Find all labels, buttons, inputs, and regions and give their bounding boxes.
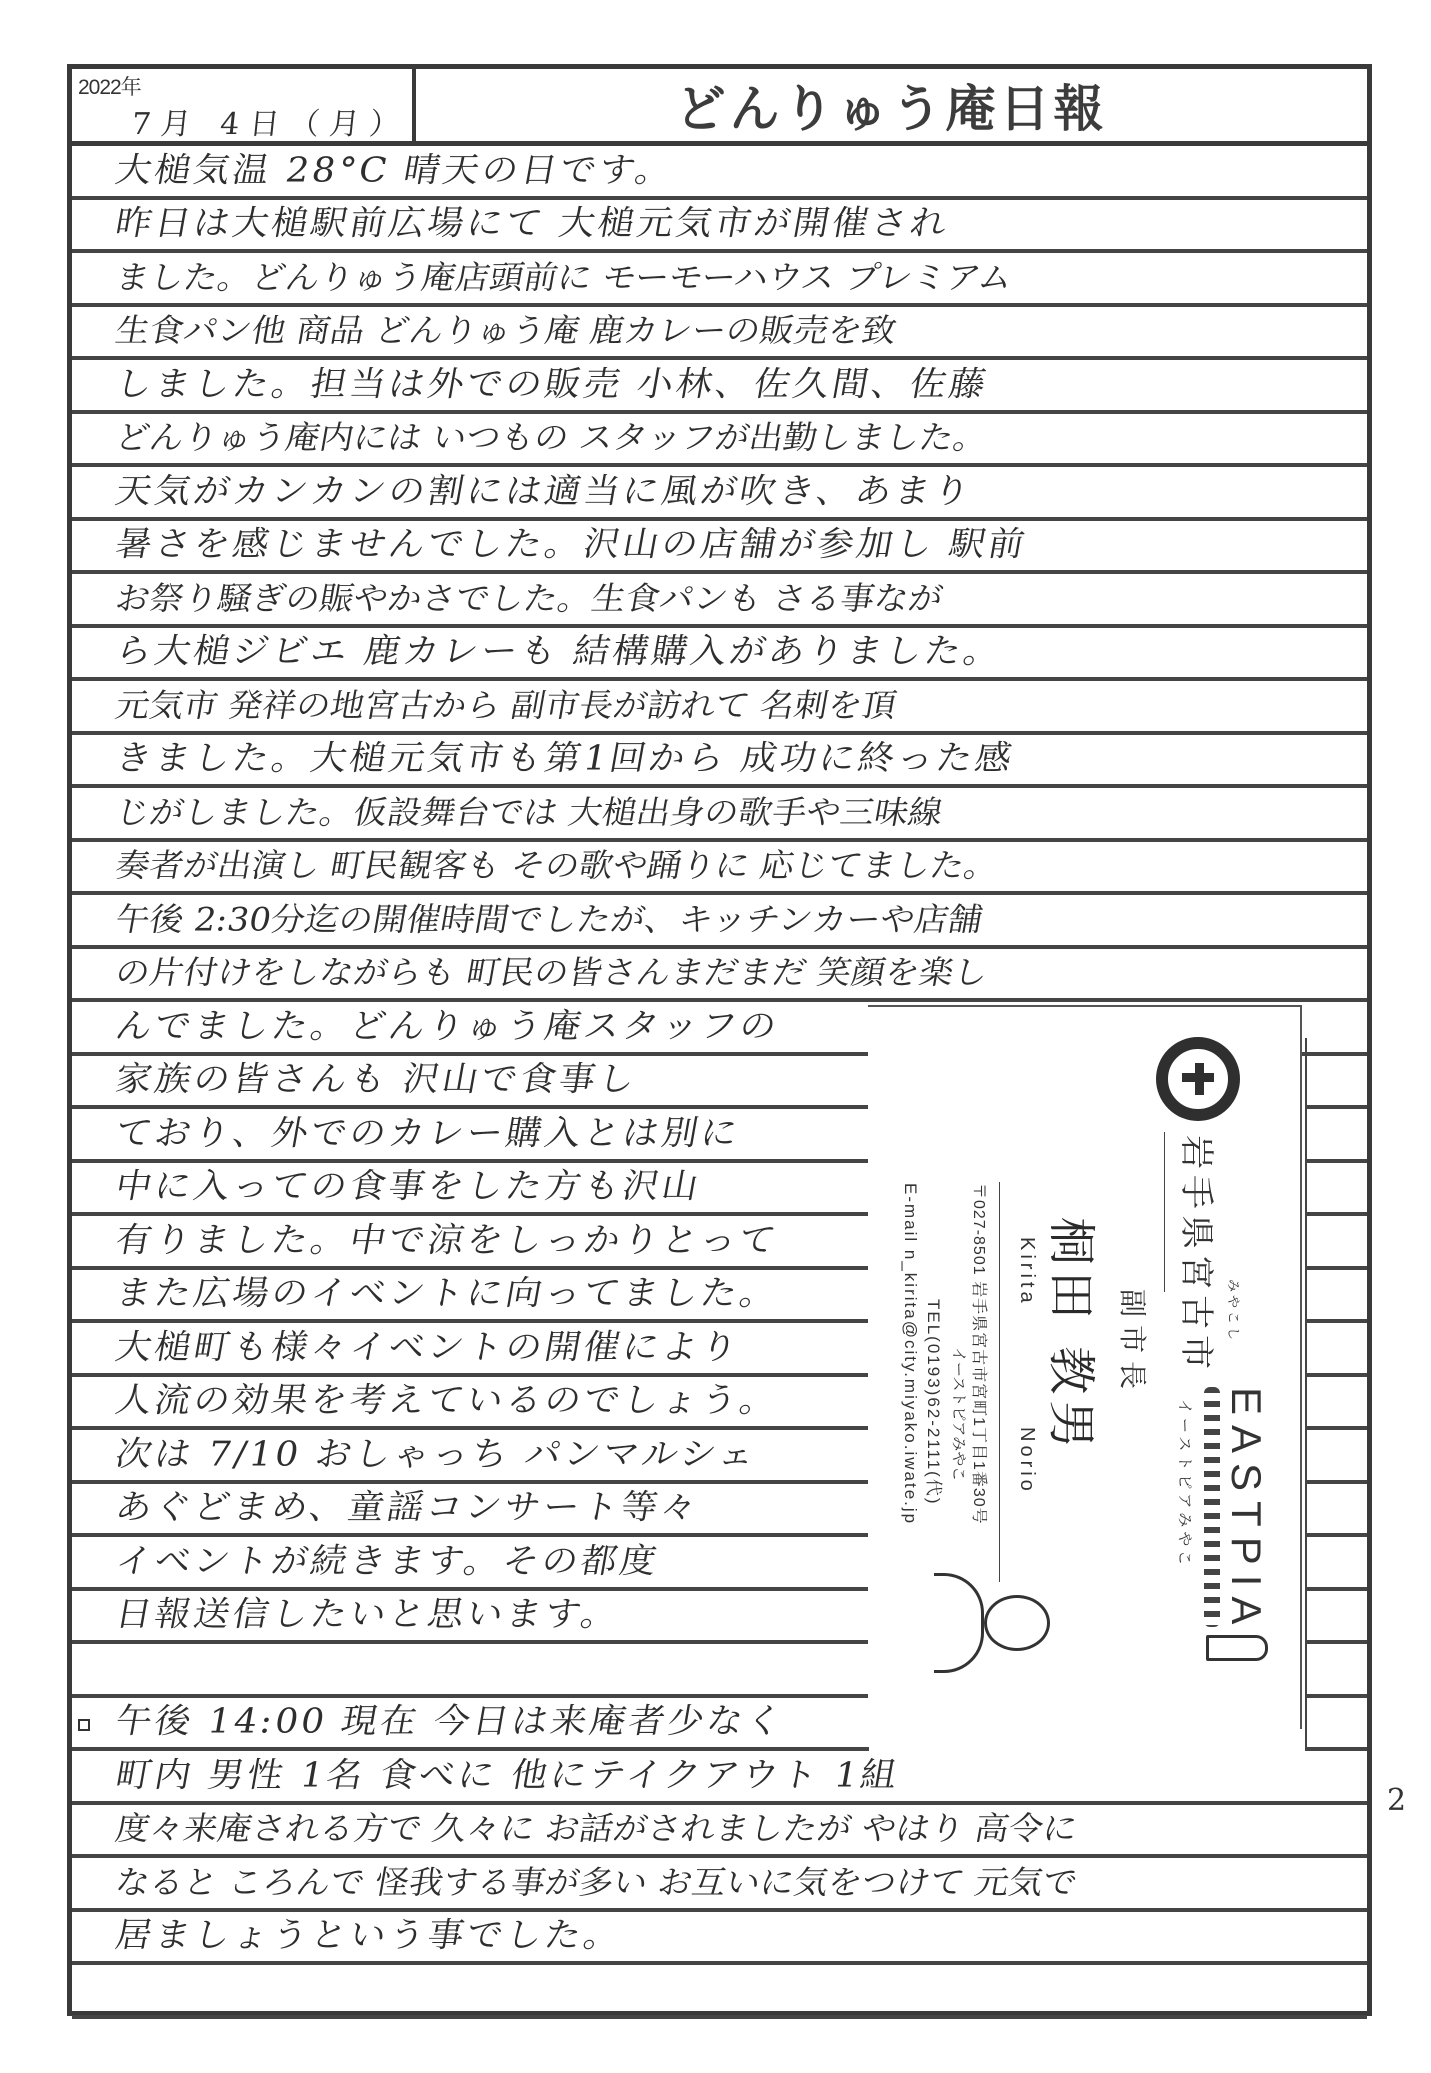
handwritten-line: 町内 男性 1名 食べに 他にテイクアウト 1組 [112, 1755, 903, 1797]
ruled-line: 天気がカンカンの割には適当に風が吹き、あまり [72, 467, 1367, 521]
handwritten-line: 天気がカンカンの割には適当に風が吹き、あまり [112, 471, 976, 513]
handwritten-line: 度々来庵される方で 久々に お話がされましたが やはり 高令に [112, 1808, 1081, 1850]
handwritten-line: 生食パン他 商品 どんりゅう庵 鹿カレーの販売を致 [112, 310, 900, 352]
handwritten-line: ており、外でのカレー購入とは別に [112, 1113, 743, 1155]
ruled-line: 度々来庵される方で 久々に お話がされましたが やはり 高令に [72, 1805, 1367, 1859]
lighthouse-icon [1206, 1635, 1268, 1661]
card-tel: TEL(0193)62-2111(代) [923, 1299, 948, 1506]
ruled-line: どんりゅう庵内には いつもの スタッフが出勤しました。 [72, 414, 1367, 468]
strip-cell [1307, 1323, 1367, 1377]
handwritten-line: 次は 7/10 おしゃっち パンマルシェ [112, 1434, 761, 1476]
ruled-line: 家族の皆さんも 沢山で食事し [72, 1056, 869, 1110]
card-divider [999, 1182, 1000, 1582]
report-header: 2022年 7月 4日（月） どんりゅう庵日報 [72, 69, 1367, 146]
strip-cell [1307, 1109, 1367, 1163]
ruled-line [72, 1644, 869, 1698]
handwritten-line: 居ましょうという事でした。 [112, 1915, 626, 1957]
portrait-face [984, 1595, 1050, 1651]
ruled-line [72, 1965, 1367, 2019]
ruled-line: 生食パン他 商品 どんりゅう庵 鹿カレーの販売を致 [72, 307, 1367, 361]
ruled-line: 午後 14:00 現在 今日は来庵者少なく [72, 1698, 869, 1752]
date-cell: 2022年 7月 4日（月） [72, 69, 416, 141]
card-address-building: イーストピアみやこ [949, 1347, 970, 1481]
title-cell: どんりゅう庵日報 [416, 69, 1367, 141]
card-name-romaji-given: Norio [1015, 1427, 1038, 1495]
strip-cell [1307, 1430, 1367, 1484]
ruled-line: きました。大槌元気市も第1回から 成功に終った感 [72, 735, 1367, 789]
handwritten-line: じがしました。仮設舞台では 大槌出身の歌手や三味線 [112, 792, 946, 834]
handwritten-line: 奏者が出演し 町民観客も その歌や踊りに 応じてました。 [112, 845, 1002, 887]
card-address: 〒027-8501 岩手県宮古市宮町1丁目1番30号 [969, 1183, 992, 1525]
ruled-line: 日報送信したいと思います。 [72, 1591, 869, 1645]
handwritten-line: の片付けをしながらも 町民の皆さんまだまだ 笑顔を楽し [112, 952, 991, 994]
ruled-line: ら大槌ジビエ 鹿カレーも 結構購入がありました。 [72, 628, 1367, 682]
ruled-line: 大槌気温 28°C 晴天の日です。 [72, 146, 1367, 200]
card-city-furigana: みやこし [1225, 1279, 1244, 1343]
business-card-content: 岩手県宮古市 みやこし 副市長 桐田 教男 Kirita Norio 〒027-… [868, 1007, 1300, 1729]
ruled-line: 昨日は大槌駅前広場にて 大槌元気市が開催され [72, 200, 1367, 254]
ruled-line: なると ころんで 怪我する事が多い お互いに気をつけて 元気で [72, 1858, 1367, 1912]
handwritten-line: しました。担当は外での販売 小林、佐久間、佐藤 [112, 364, 992, 406]
handwritten-line: どんりゅう庵内には いつもの スタッフが出勤しました。 [112, 417, 991, 459]
strip-cell [1307, 1163, 1367, 1217]
strip-cell [1307, 1644, 1367, 1698]
handwritten-line: 午後 14:00 現在 今日は来庵者少なく [112, 1701, 788, 1743]
handwritten-line: 暑さを感じませんでした。沢山の店舗が参加し 駅前 [112, 524, 1031, 566]
handwritten-line: 人流の効果を考えているのでしょう。 [112, 1380, 782, 1422]
ruled-line: しました。担当は外での販売 小林、佐久間、佐藤 [72, 360, 1367, 414]
handwritten-line: 日報送信したいと思います。 [112, 1594, 623, 1636]
handwritten-line: 元気市 発祥の地宮古から 副市長が訪れて 名刺を頂 [112, 685, 900, 727]
ruled-line: 暑さを感じませんでした。沢山の店舗が参加し 駅前 [72, 521, 1367, 575]
card-email: E-mail n_kirita@city.miyako.iwate.jp [900, 1183, 920, 1525]
ruled-line: 次は 7/10 おしゃっち パンマルシェ [72, 1430, 869, 1484]
handwritten-line: 昨日は大槌駅前広場にて 大槌元気市が開催され [112, 203, 953, 245]
strip-cell [1307, 1484, 1367, 1538]
card-role: 副市長 [1114, 1289, 1154, 1397]
strip-cell [1307, 1537, 1367, 1591]
handwritten-line: 中に入っての食事をした方も沢山 [112, 1166, 704, 1208]
card-divider [1164, 1132, 1165, 1292]
page-title: どんりゅう庵日報 [676, 69, 1108, 141]
ruled-line: じがしました。仮設舞台では 大槌出身の歌手や三味線 [72, 788, 1367, 842]
strip-cell [1307, 1591, 1367, 1645]
margin-annotation: 2 [1387, 1783, 1406, 1818]
bullet-icon [78, 1719, 90, 1731]
ruled-line: ました。どんりゅう庵店頭前に モーモーハウス プレミアム [72, 253, 1367, 307]
ruled-line: 居ましょうという事でした。 [72, 1912, 1367, 1966]
handwritten-line: 大槌町も様々イベントの開催により [112, 1327, 743, 1369]
card-name: 桐田 教男 [1041, 1217, 1110, 1454]
ruled-line: また広場のイベントに向ってました。 [72, 1270, 869, 1324]
ruled-line: 大槌町も様々イベントの開催により [72, 1323, 869, 1377]
handwritten-line: 有りました。中で涼をしっかりとって [112, 1220, 782, 1262]
card-brand-logo: EASTPIA [1222, 1387, 1270, 1634]
ruled-line: イベントが続きます。その都度 [72, 1537, 869, 1591]
ruled-line: 奏者が出演し 町民観客も その歌や踊りに 応じてました。 [72, 842, 1367, 896]
portrait-illustration-icon [930, 1567, 1060, 1677]
city-emblem-icon [1156, 1037, 1240, 1121]
card-name-romaji-family: Kirita [1015, 1237, 1038, 1307]
ruled-line: 元気市 発祥の地宮古から 副市長が訪れて 名刺を頂 [72, 681, 1367, 735]
strip-cell [1307, 1216, 1367, 1270]
year-label: 2022年 [78, 71, 141, 101]
handwritten-line: 大槌気温 28°C 晴天の日です。 [112, 150, 678, 192]
portrait-body [934, 1573, 984, 1673]
handwritten-line: ました。どんりゅう庵店頭前に モーモーハウス プレミアム [112, 257, 1016, 299]
strip-cell [1307, 1270, 1367, 1324]
handwritten-line: お祭り騒ぎの賑やかさでした。生食パンも さる事なが [112, 578, 946, 620]
ruled-line: 有りました。中で涼をしっかりとって [72, 1216, 869, 1270]
handwritten-line: ら大槌ジビエ 鹿カレーも 結構購入がありました。 [112, 631, 1006, 673]
handwritten-line: んでました。どんりゅう庵スタッフの [112, 1006, 782, 1048]
handwritten-line: なると ころんで 怪我する事が多い お互いに気をつけて 元気で [112, 1862, 1081, 1904]
side-ruled-strip [1305, 1038, 1367, 1752]
strip-cell [1307, 1698, 1367, 1752]
ruled-line: 午後 2:30分迄の開催時間でしたが、キッチンカーや店舗 [72, 895, 1367, 949]
handwritten-line: あぐどまめ、童謡コンサート等々 [112, 1487, 703, 1529]
ruled-line: お祭り騒ぎの賑やかさでした。生食パンも さる事なが [72, 574, 1367, 628]
ruled-line: 中に入っての食事をした方も沢山 [72, 1163, 869, 1217]
strip-cell [1307, 1056, 1367, 1110]
handwritten-line: 家族の皆さんも 沢山で食事し [112, 1059, 641, 1101]
ruled-line: 人流の効果を考えているのでしょう。 [72, 1377, 869, 1431]
handwritten-date: 7月 4日（月） [130, 99, 412, 143]
business-card: 岩手県宮古市 みやこし 副市長 桐田 教男 Kirita Norio 〒027-… [868, 1005, 1302, 1729]
ruled-line: の片付けをしながらも 町民の皆さんまだまだ 笑顔を楽し [72, 949, 1367, 1003]
wave-pattern-icon [1204, 1387, 1220, 1627]
handwritten-line: イベントが続きます。その都度 [112, 1541, 662, 1583]
ruled-line: 町内 男性 1名 食べに 他にテイクアウト 1組 [72, 1751, 1367, 1805]
ruled-line: ており、外でのカレー購入とは別に [72, 1109, 869, 1163]
ruled-line: あぐどまめ、童謡コンサート等々 [72, 1484, 869, 1538]
card-city: 岩手県宮古市 [1175, 1135, 1224, 1375]
strip-cell [1307, 1377, 1367, 1431]
card-brand-sub: イーストピアみやこ [1175, 1399, 1196, 1569]
handwritten-line: また広場のイベントに向ってました。 [112, 1273, 782, 1315]
handwritten-line: きました。大槌元気市も第1回から 成功に終った感 [112, 738, 1018, 780]
handwritten-line: 午後 2:30分迄の開催時間でしたが、キッチンカーや店舗 [112, 899, 986, 941]
